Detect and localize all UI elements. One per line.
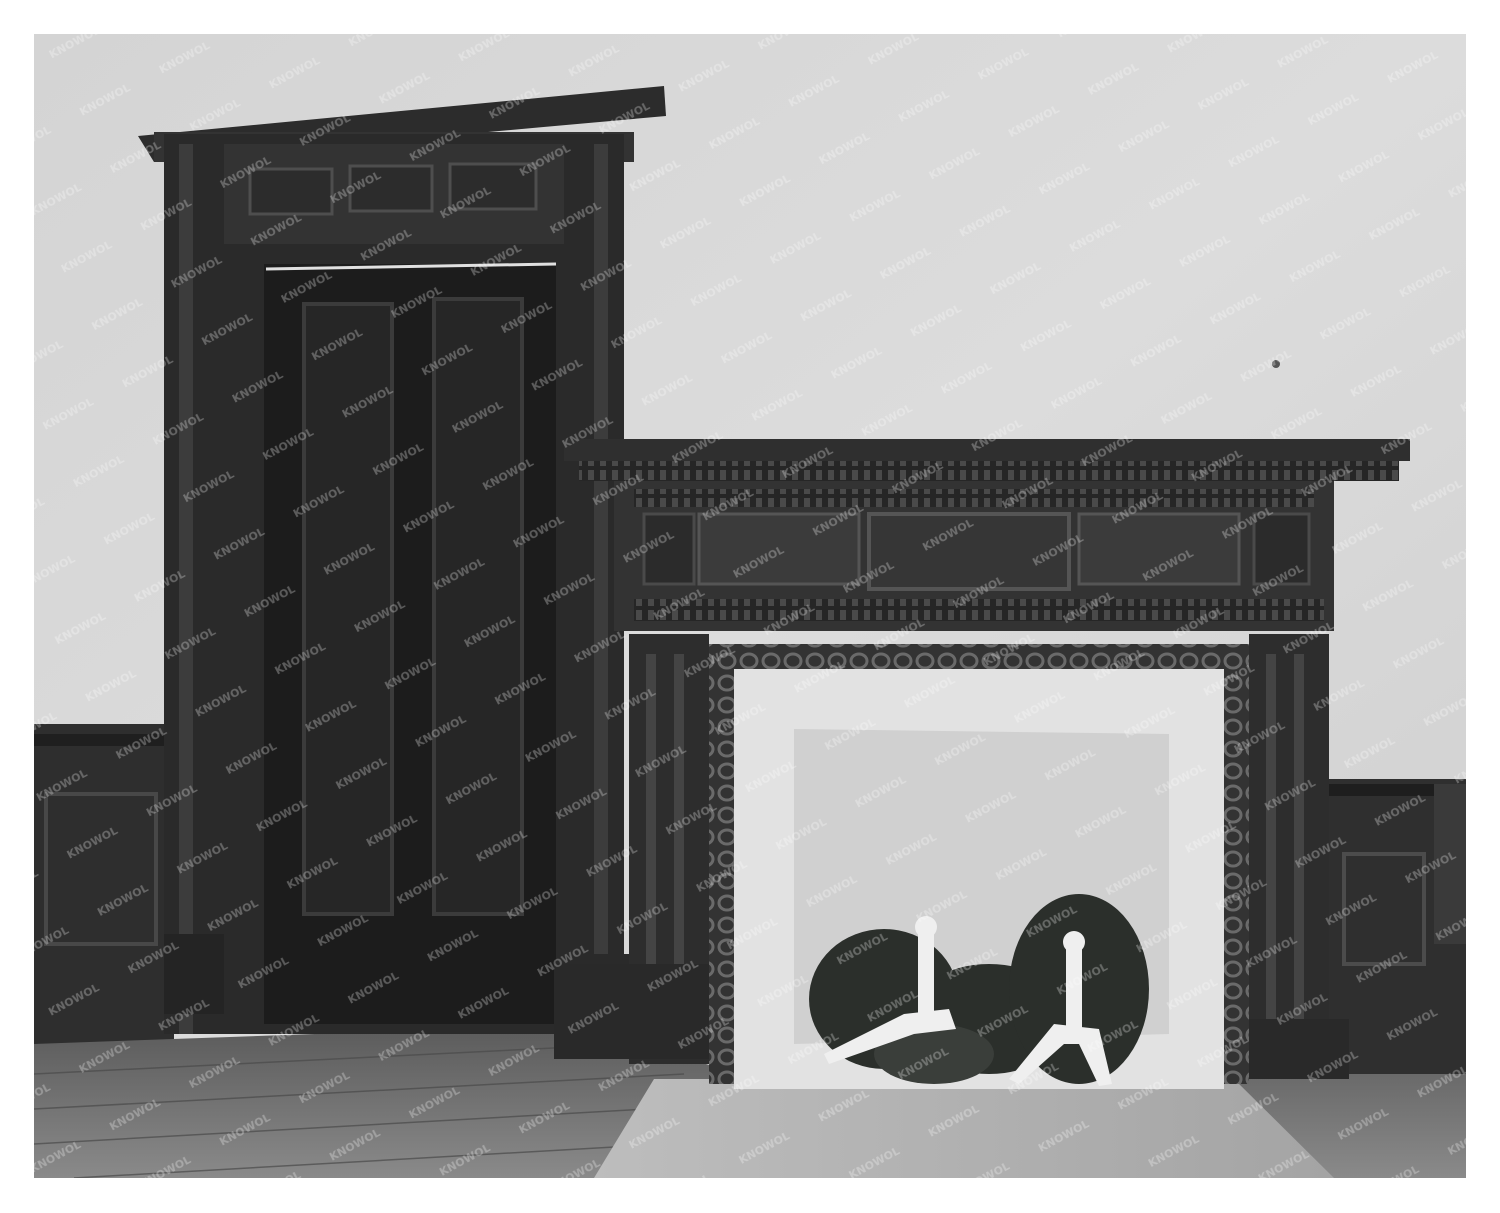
- watermark-overlay: [34, 34, 1466, 1178]
- photograph: KNOWOL: [34, 34, 1466, 1178]
